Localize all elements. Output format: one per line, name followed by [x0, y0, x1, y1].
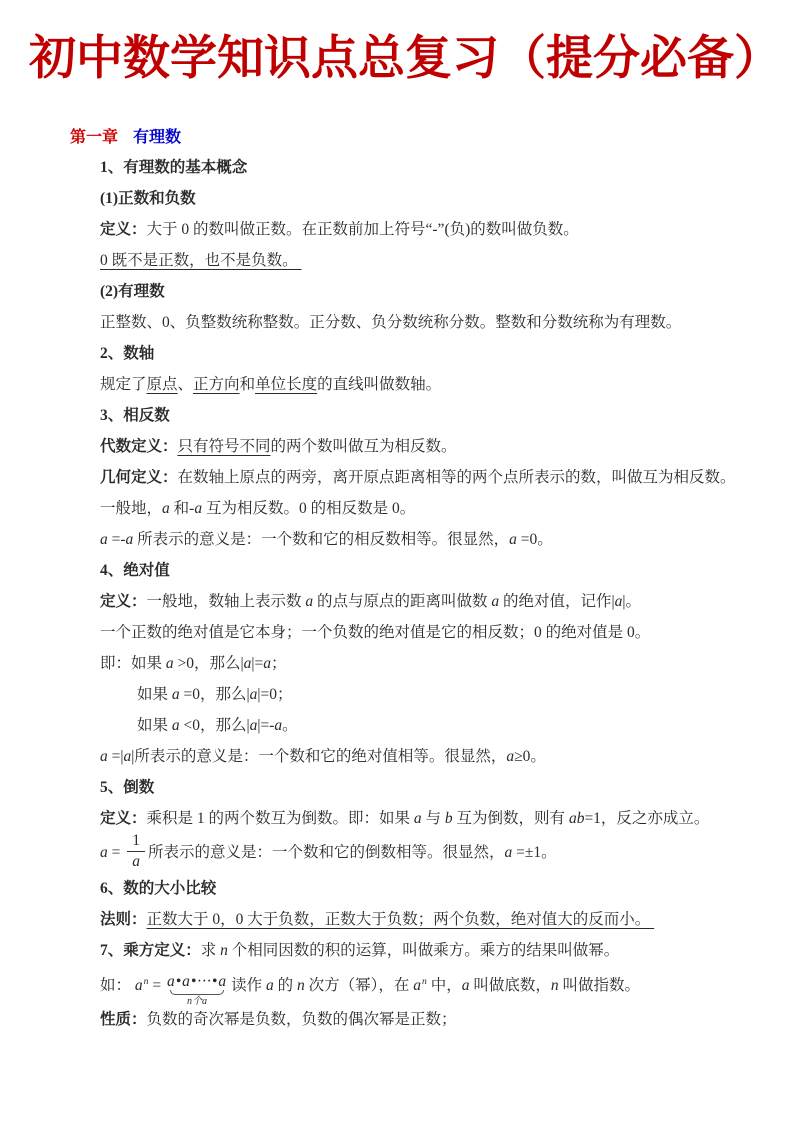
text-segment: 如果 [137, 717, 172, 734]
text-segment: 4、绝对值 [100, 562, 170, 579]
text-segment: |=0； [257, 686, 292, 703]
text-segment: 的直线叫做数轴。 [317, 376, 441, 393]
text-segment: 规定了 [100, 376, 147, 393]
text-segment: |。 [622, 593, 641, 610]
text-segment: a [172, 686, 180, 703]
chapter-number: 第一章 [70, 129, 118, 146]
text-reciprocal-meaning: a = 1a所表示的意义是：一个数和它的倒数相等。很显然，a =±1。 [100, 834, 783, 873]
text-segment: a [506, 748, 514, 765]
text-segment: ab [569, 810, 585, 827]
text-segment: 在数轴上原点的两旁，离开原点距离相等的两个点所表示的数，叫做互为相反数。 [178, 469, 736, 486]
text-segment: 性质： [100, 1011, 147, 1028]
text-segment: |所表示的意义是：一个数和它的绝对值相等。很显然， [131, 748, 506, 765]
text-segment: =1，反之亦成立。 [584, 810, 709, 827]
text-segment: (1)正数和负数 [100, 190, 196, 207]
rule-size-comparison: 法则：正数大于 0，0 大于负数，正数大于负数；两个负数，绝对值大的反而小。 [100, 904, 783, 935]
def-opposite-algebra: 代数定义：只有符号不同的两个数叫做互为相反数。 [100, 431, 783, 462]
text-segment: 0 既不是正数，也不是负数。 [100, 252, 302, 269]
document-body: 1、有理数的基本概念(1)正数和负数定义：大于 0 的数叫做正数。在正数前加上符… [100, 152, 783, 1035]
text-segment: a [172, 717, 180, 734]
text-segment: 所表示的意义是：一个数和它的相反数相等。很显然， [133, 531, 509, 548]
text-segment: =0。 [517, 531, 553, 548]
text-segment: 、 [178, 376, 194, 393]
text-segment: n [220, 942, 228, 959]
def-opposite-geometry: 几何定义：在数轴上原点的两旁，离开原点距离相等的两个点所表示的数，叫做互为相反数… [100, 462, 783, 493]
text-segment: |=- [257, 717, 274, 734]
text-segment: 定义： [100, 810, 147, 827]
text-segment: 代数定义： [100, 438, 178, 455]
subheading-positive-negative: (1)正数和负数 [100, 183, 783, 214]
text-segment: 如： [100, 977, 135, 994]
text-segment: <0，那么| [180, 717, 250, 734]
underbrace-expression: a•a•···•an个a [167, 973, 227, 1008]
text-segment: =0，那么| [180, 686, 250, 703]
text-segment: 中， [427, 977, 462, 994]
text-segment: 个相同因数的积的运算，叫做乘方。乘方的结果叫做幂。 [228, 942, 619, 959]
text-segment: a [413, 977, 421, 994]
text-segment: =±1。 [512, 844, 556, 861]
text-segment: 正方向 [193, 376, 240, 393]
def-absolute-value: 定义：一般地，数轴上表示数 a 的点与原点的距离叫做数 a 的绝对值，记作|a|… [100, 586, 783, 617]
text-segment: a [491, 593, 499, 610]
text-segment: 3、相反数 [100, 407, 170, 424]
text-opposite-meaning: a =-a 所表示的意义是：一个数和它的相反数相等。很显然，a =0。 [100, 524, 783, 555]
text-segment: a [100, 531, 108, 548]
text-segment: a [135, 977, 143, 994]
note-zero: 0 既不是正数，也不是负数。 [100, 245, 783, 276]
text-segment: n [551, 977, 559, 994]
heading-absolute-value: 4、绝对值 [100, 555, 783, 586]
text-absolute-value-rules: 一个正数的绝对值是它本身；一个负数的绝对值是它的相反数；0 的绝对值是 0。 [100, 617, 783, 648]
text-segment: 的 [274, 977, 297, 994]
heading-reciprocal: 5、倒数 [100, 772, 783, 803]
heading-size-comparison: 6、数的大小比较 [100, 873, 783, 904]
text-segment: 互为倒数，则有 [453, 810, 569, 827]
text-segment: 的两个数叫做互为相反数。 [271, 438, 457, 455]
text-segment: a [194, 500, 202, 517]
text-segment: 2、数轴 [100, 345, 154, 362]
chapter-heading: 第一章有理数 [70, 124, 181, 147]
text-segment: a [266, 977, 274, 994]
text-segment: a [509, 531, 517, 548]
text-segment: 叫做指数。 [559, 977, 640, 994]
text-absolute-meaning: a =|a|所表示的意义是：一个数和它的绝对值相等。很显然，a≥0。 [100, 741, 783, 772]
text-segment: 所表示的意义是：一个数和它的倒数相等。很显然， [148, 844, 505, 861]
chapter-title: 有理数 [133, 129, 181, 146]
property-power: 性质：负数的奇次幂是负数，负数的偶次幂是正数； [100, 1004, 783, 1035]
case-a-zero: 如果 a =0，那么|a|=0； [100, 679, 783, 710]
text-segment: = [108, 844, 125, 861]
case-a-negative: 如果 a <0，那么|a|=-a。 [100, 710, 783, 741]
text-rational-classification: 正整数、0、负整数统称整数。正分数、负分数统称分数。整数和分数统称为有理数。 [100, 307, 783, 338]
text-segment: 次方（幂），在 [305, 977, 414, 994]
text-segment: a [166, 655, 174, 672]
text-segment: (2)有理数 [100, 283, 165, 300]
text-segment: 法则： [100, 911, 147, 928]
text-segment: ； [271, 655, 287, 672]
text-segment: >0，那么| [174, 655, 244, 672]
text-segment: 定义： [100, 221, 147, 238]
text-segment: 单位长度 [255, 376, 317, 393]
text-segment: 原点 [147, 376, 178, 393]
text-segment: 负数的奇次幂是负数，负数的偶次幂是正数； [147, 1011, 457, 1028]
text-segment: a [100, 844, 108, 861]
text-segment: 正数大于 0，0 大于负数，正数大于负数；两个负数，绝对值大的反而小。 [147, 911, 655, 928]
text-segment: 定义： [100, 593, 147, 610]
text-segment: 求 [201, 942, 220, 959]
text-segment: 乘积是 1 的两个数互为倒数。即：如果 [147, 810, 414, 827]
text-segment: =| [108, 748, 124, 765]
text-segment: 大于 0 的数叫做正数。在正数前加上符号“-”(负)的数叫做负数。 [147, 221, 579, 238]
text-segment: 即：如果 [100, 655, 166, 672]
text-segment: 与 [422, 810, 445, 827]
formula-power: 如： an = a•a•···•an个a读作 a 的 n 次方（幂），在 an … [100, 966, 783, 1004]
text-segment: 和 [240, 376, 256, 393]
text-segment: 一个正数的绝对值是它本身；一个负数的绝对值是它的相反数；0 的绝对值是 0。 [100, 624, 650, 641]
heading-power-definition: 7、乘方定义：求 n 个相同因数的积的运算，叫做乘方。乘方的结果叫做幂。 [100, 935, 783, 966]
def-positive-negative: 定义：大于 0 的数叫做正数。在正数前加上符号“-”(负)的数叫做负数。 [100, 214, 783, 245]
text-segment: 的点与原点的距离叫做数 [313, 593, 491, 610]
text-segment: a [305, 593, 313, 610]
text-segment: 如果 [137, 686, 172, 703]
case-a-positive: 即：如果 a >0，那么|a|=a； [100, 648, 783, 679]
text-segment: a [100, 748, 108, 765]
text-segment: 5、倒数 [100, 779, 154, 796]
text-segment: =- [108, 531, 126, 548]
def-reciprocal: 定义：乘积是 1 的两个数互为倒数。即：如果 a 与 b 互为倒数，则有 ab=… [100, 803, 783, 834]
heading-number-axis: 2、数轴 [100, 338, 783, 369]
text-segment: 几何定义： [100, 469, 178, 486]
text-segment: a [162, 500, 170, 517]
text-segment: = [148, 977, 165, 994]
text-segment: ≥0。 [514, 748, 546, 765]
text-opposite-general: 一般地，a 和-a 互为相反数。0 的相反数是 0。 [100, 493, 783, 524]
text-segment: 只有符号不同 [178, 438, 271, 455]
text-segment: 。 [282, 717, 298, 734]
text-segment: 6、数的大小比较 [100, 880, 216, 897]
text-segment: 读作 [231, 977, 266, 994]
text-segment: a [274, 717, 282, 734]
text-segment: a [263, 655, 271, 672]
text-segment: 的绝对值，记作| [499, 593, 614, 610]
text-segment: |= [251, 655, 263, 672]
subheading-rational: (2)有理数 [100, 276, 783, 307]
text-segment: 1、有理数的基本概念 [100, 159, 247, 176]
text-segment: 和- [170, 500, 195, 517]
def-number-axis: 规定了原点、正方向和单位长度的直线叫做数轴。 [100, 369, 783, 400]
text-segment: 7、乘方定义： [100, 942, 201, 959]
text-segment: 互为相反数。0 的相反数是 0。 [202, 500, 415, 517]
text-segment: a [414, 810, 422, 827]
text-segment: 叫做底数， [469, 977, 550, 994]
page-title: 初中数学知识点总复习（提分必备） [29, 34, 781, 86]
text-segment: b [445, 810, 453, 827]
text-segment: n [297, 977, 305, 994]
heading-basic-concepts: 1、有理数的基本概念 [100, 152, 783, 183]
text-segment: 一般地，数轴上表示数 [147, 593, 306, 610]
text-segment: 一般地， [100, 500, 162, 517]
text-segment: 正整数、0、负整数统称整数。正分数、负分数统称分数。整数和分数统称为有理数。 [100, 314, 681, 331]
fraction-one-over-a: 1a [127, 832, 145, 871]
heading-opposite-number: 3、相反数 [100, 400, 783, 431]
